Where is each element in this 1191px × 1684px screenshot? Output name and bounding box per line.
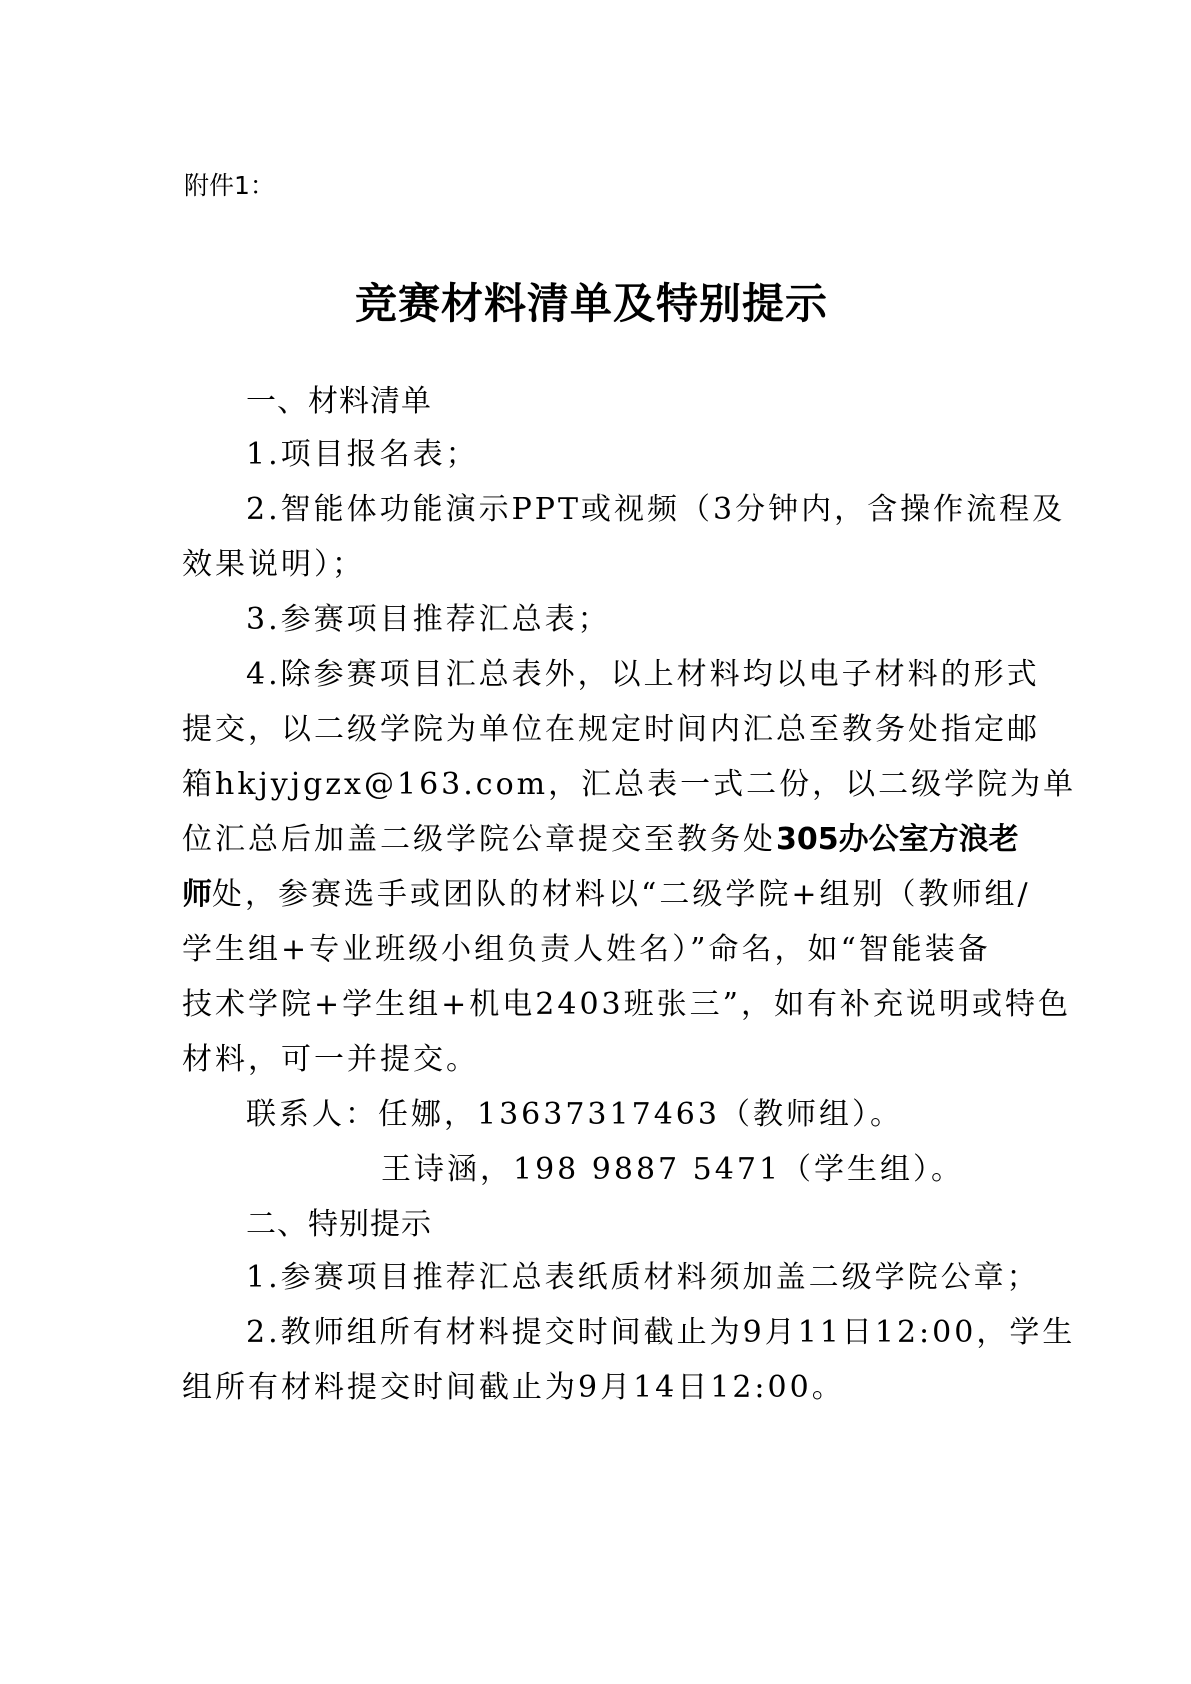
list-item: 1.参赛项目推荐汇总表纸质材料须加盖二级学院公章； bbox=[246, 1258, 1040, 1298]
text-run: 处，参赛选手或团队的材料以“二级学院+组别（教师组/ bbox=[212, 877, 1031, 912]
text-run: 位汇总后加盖二级学院公章提交至教务处 bbox=[182, 822, 776, 857]
contact-student: 王诗涵，198 9887 5471（学生组）。 bbox=[381, 1150, 964, 1190]
document-title: 竞赛材料清单及特别提示 bbox=[355, 278, 828, 330]
list-item-continuation: 组所有材料提交时间截止为9月14日12:00。 bbox=[182, 1368, 845, 1408]
list-item: 2.智能体功能演示PPT或视频（3分钟内，含操作流程及 bbox=[246, 490, 1065, 530]
list-item-continuation: 提交，以二级学院为单位在规定时间内汇总至教务处指定邮 bbox=[182, 710, 1040, 750]
list-item: 2.教师组所有材料提交时间截止为9月11日12:00，学生 bbox=[246, 1313, 1075, 1353]
list-item-continuation: 师处，参赛选手或团队的材料以“二级学院+组别（教师组/ bbox=[182, 875, 1031, 915]
document-page: 附件1： 竞赛材料清单及特别提示 一、材料清单 1.项目报名表； 2.智能体功能… bbox=[0, 0, 1191, 1684]
list-item-continuation: 技术学院+学生组+机电2403班张三”，如有补充说明或特色 bbox=[182, 985, 1071, 1025]
contact-teacher: 联系人：任娜，13637317463（教师组）。 bbox=[246, 1095, 903, 1135]
section2-heading: 二、特别提示 bbox=[246, 1205, 432, 1245]
list-item-continuation: 学生组+专业班级小组负责人姓名）”命名，如“智能装备 bbox=[182, 930, 991, 970]
office-location-bold: 师 bbox=[182, 877, 212, 912]
list-item: 4.除参赛项目汇总表外，以上材料均以电子材料的形式 bbox=[246, 655, 1040, 695]
list-item: 3.参赛项目推荐汇总表； bbox=[246, 600, 611, 640]
list-item-continuation: 位汇总后加盖二级学院公章提交至教务处305办公室方浪老 bbox=[182, 820, 1019, 860]
office-location-bold: 305办公室方浪老 bbox=[776, 822, 1019, 857]
attachment-label: 附件1： bbox=[184, 166, 275, 206]
list-item-continuation: 箱hkjyjgzx@163.com，汇总表一式二份，以二级学院为单 bbox=[182, 765, 1076, 805]
list-item-continuation: 材料，可一并提交。 bbox=[182, 1040, 479, 1080]
section1-heading: 一、材料清单 bbox=[246, 382, 432, 422]
list-item-continuation: 效果说明）； bbox=[182, 545, 365, 585]
list-item: 1.项目报名表； bbox=[246, 435, 479, 475]
